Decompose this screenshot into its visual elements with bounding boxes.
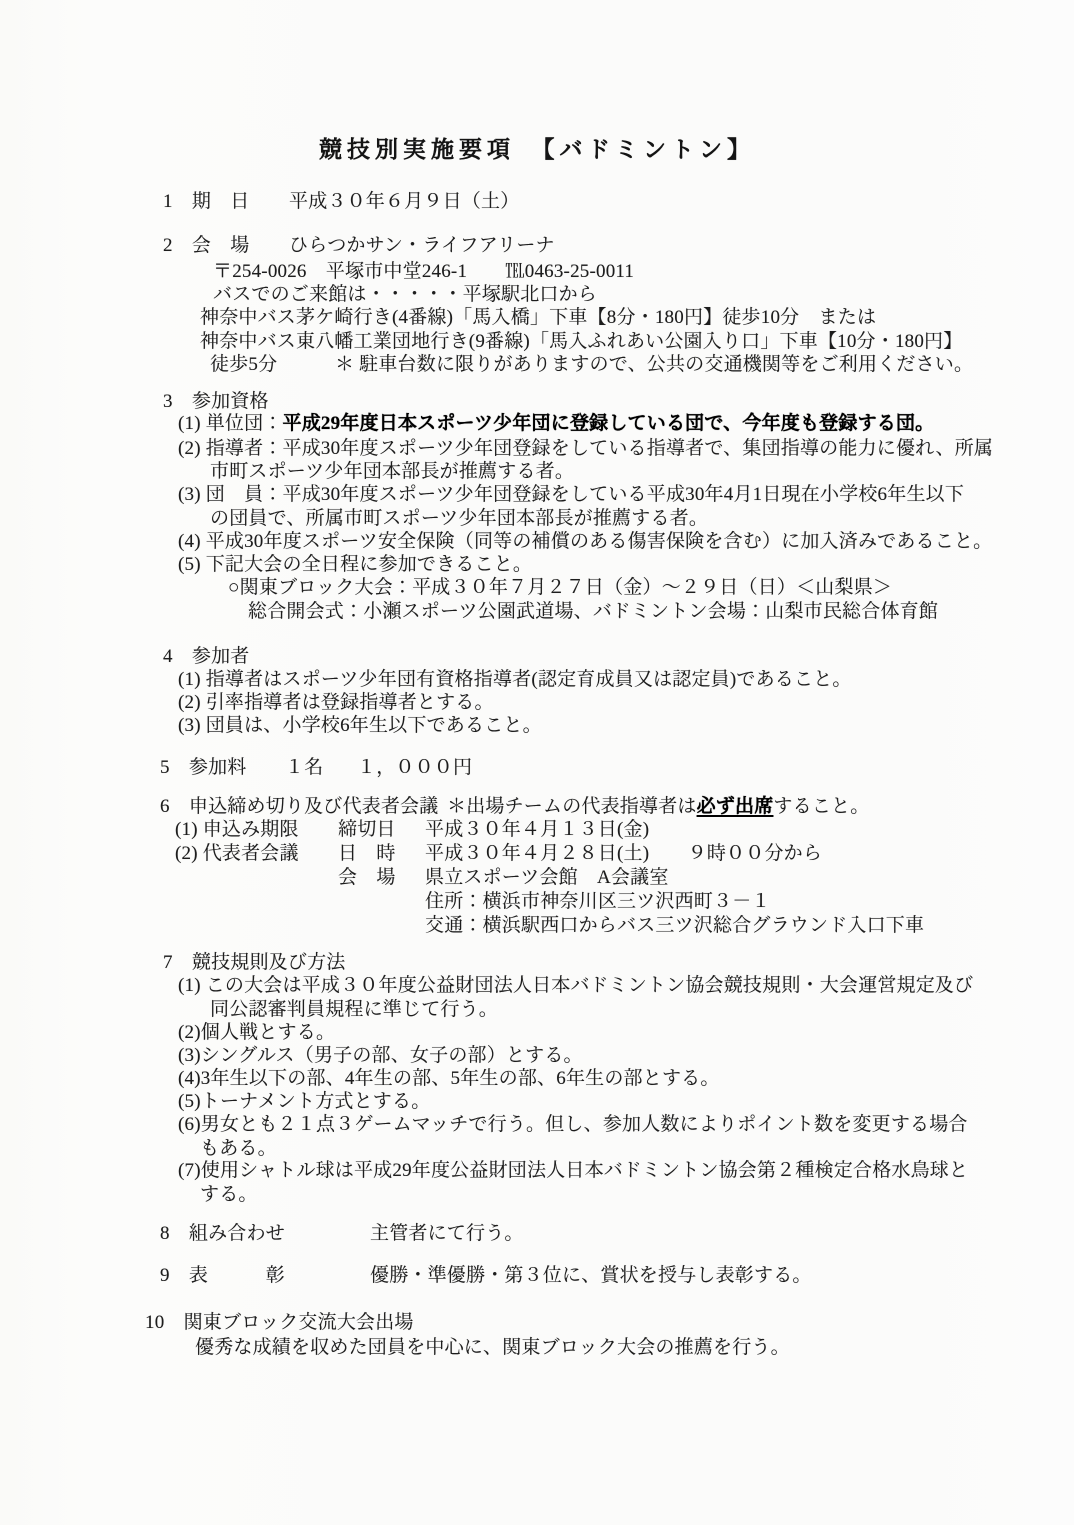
deadline-col-label-seg-0: 締切日 [338,819,396,840]
participant-item-3: (3) 団員は、小学校6年生以下であること。 [178,714,542,738]
rules-item-3: (3)シングルス（男子の部、女子の部）とする。 [178,1044,583,1068]
eligibility-item-2-seg-0: (2) 指導者：平成30年度スポーツ少年団登録をしている指導者で、集団指導の能力… [178,438,993,459]
section-3-heading-seg-0: 3 参加資格 [163,391,269,412]
venue-name-seg-0: ひらつかサン・ライフアリーナ [289,235,555,256]
entry-fee: １，０００円 [357,756,472,780]
event-date: 平成３０年６月９日（土） [289,190,519,214]
application-deadline-seg-0: 平成３０年４月１３日(金) [425,819,649,840]
bus-access-intro: バスでのご来館は・・・・・平塚駅北口から [213,283,597,307]
section-6-heading-seg-0: 6 申込締め切り及び代表者会議 [160,796,439,817]
rules-item-7-cont-seg-0: する。 [200,1184,258,1205]
attendance-note-seg-0: ＊出場チームの代表指導者は [447,796,697,817]
kanto-block-tournament-seg-0: ○関東ブロック大会：平成３０年７月２７日（金）～２９日（日）＜山梨県＞ [228,577,892,598]
section-5-label-seg-0: 5 参加料 [160,757,247,778]
venue-address-seg-0: 〒254-0026 平塚市中堂246-1 ℡0463-25-0011 [213,261,634,282]
section-10-body-seg-0: 優秀な成績を収めた団員を中心に、関東ブロック大会の推薦を行う。 [195,1337,790,1358]
entry-fee-seg-0: １，０００円 [357,757,472,778]
section-4-heading-seg-0: 4 参加者 [163,646,250,667]
deadline-col-label: 締切日 [338,818,396,842]
section-8-label-seg-0: 8 組み合わせ [160,1223,285,1244]
section-9-label-seg-0: 9 表 彰 [160,1265,285,1286]
rules-item-2-seg-0: (2)個人戦とする。 [178,1022,335,1043]
rules-item-1: (1) この大会は平成３０年度公益財団法人日本バドミントン協会競技規則・大会運営… [178,974,973,998]
participant-item-1: (1) 指導者はスポーツ少年団有資格指導者(認定育成員又は認定員)であること。 [178,668,852,692]
section-8-value-seg-0: 主管者にて行う。 [370,1223,524,1244]
section-9-value-seg-0: 優勝・準優勝・第３位に、賞状を授与し表彰する。 [370,1265,812,1286]
scanned-document-page: 競技別実施要項 【バドミントン】 1 期 日平成３０年６月９日（土）2 会 場ひ… [0,0,1074,1525]
page-title: 競技別実施要項 【バドミントン】 [0,131,1074,164]
eligibility-item-4-seg-0: (4) 平成30年度スポーツ安全保険（同等の補償のある傷害保険を含む）に加入済み… [178,531,992,552]
section-2-label-seg-0: 2 会 場 [163,235,250,256]
parking-note: ＊ 駐車台数に限りがありますので、公共の交通機関等をご利用ください。 [335,353,973,377]
eligibility-item-1: (1) 単位団：平成29年度日本スポーツ少年団に登録している団で、今年度も登録す… [178,412,934,436]
eligibility-item-3-cont: の団員で、所属市町スポーツ少年団本部長が推薦する者。 [210,507,708,531]
fee-unit-seg-0: １名 [285,757,323,778]
bus-route-2: 神奈中バス東八幡工業団地行き(9番線)「馬入ふれあい公園入り口」下車【10分・1… [200,330,962,354]
section-8-value: 主管者にて行う。 [370,1222,524,1246]
attendance-note-seg-1: 必ず出席 [697,796,774,817]
section-5-label: 5 参加料 [160,756,247,780]
eligibility-item-1-seg-0: (1) 単位団： [178,413,283,434]
meeting-venue-addr-seg-0: 住所：横浜市神奈川区三ツ沢西町３－１ [425,891,771,912]
eligibility-item-5-seg-0: (5) 下記大会の全日程に参加できること。 [178,554,532,575]
bus-route-1: 神奈中バス茅ケ崎行き(4番線)「馬入橋」下車【8分・180円】徒歩10分 または [200,306,876,330]
meeting-venue-label: 会 場 [338,866,396,890]
event-date-seg-0: 平成３０年６月９日（土） [289,191,519,212]
section-4-heading: 4 参加者 [163,645,250,669]
attendance-note: ＊出場チームの代表指導者は必ず出席すること。 [447,795,869,819]
meeting-datetime: 平成３０年４月２８日(土) ９時００分から [425,842,822,866]
eligibility-item-4: (4) 平成30年度スポーツ安全保険（同等の補償のある傷害保険を含む）に加入済み… [178,530,992,554]
section-3-heading: 3 参加資格 [163,390,269,414]
participant-item-3-seg-0: (3) 団員は、小学校6年生以下であること。 [178,715,542,736]
application-deadline: 平成３０年４月１３日(金) [425,818,649,842]
meeting-item-label-seg-0: (2) 代表者会議 [175,843,299,864]
section-10-body: 優秀な成績を収めた団員を中心に、関東ブロック大会の推薦を行う。 [195,1336,790,1360]
venue-name: ひらつかサン・ライフアリーナ [289,234,555,258]
meeting-venue-access: 交通：横浜駅西口からバス三ツ沢総合グラウンド入口下車 [425,914,924,938]
eligibility-item-3-cont-seg-0: の団員で、所属市町スポーツ少年団本部長が推薦する者。 [210,508,708,529]
participant-item-1-seg-0: (1) 指導者はスポーツ少年団有資格指導者(認定育成員又は認定員)であること。 [178,669,852,690]
meeting-venue-access-seg-0: 交通：横浜駅西口からバス三ツ沢総合グラウンド入口下車 [425,915,924,936]
venue-address: 〒254-0026 平塚市中堂246-1 ℡0463-25-0011 [213,260,634,284]
eligibility-item-2-cont-seg-0: 市町スポーツ少年団本部長が推薦する者。 [210,461,574,482]
bus-route-2-walk-seg-0: 徒歩5分 [210,354,277,375]
kanto-block-venues: 総合開会式：小瀬スポーツ公園武道場、バドミントン会場：山梨市民総合体育館 [248,600,938,624]
meeting-venue-label-seg-0: 会 場 [338,867,396,888]
rules-item-4: (4)3年生以下の部、4年生の部、5年生の部、6年生の部とする。 [178,1067,720,1091]
participant-item-2: (2) 引率指導者は登録指導者とする。 [178,691,494,715]
kanto-block-venues-seg-0: 総合開会式：小瀬スポーツ公園武道場、バドミントン会場：山梨市民総合体育館 [248,601,938,622]
meeting-datetime-label-seg-0: 日 時 [338,843,396,864]
rules-item-2: (2)個人戦とする。 [178,1021,335,1045]
section-8-label: 8 組み合わせ [160,1222,285,1246]
bus-route-2-seg-0: 神奈中バス東八幡工業団地行き(9番線)「馬入ふれあい公園入り口」下車【10分・1… [200,331,962,352]
meeting-item-label: (2) 代表者会議 [175,842,299,866]
bus-route-1-seg-0: 神奈中バス茅ケ崎行き(4番線)「馬入橋」下車【8分・180円】徒歩10分 または [200,307,876,328]
bus-route-2-walk: 徒歩5分 [210,353,277,377]
participant-item-2-seg-0: (2) 引率指導者は登録指導者とする。 [178,692,494,713]
meeting-venue: 県立スポーツ会館 A会議室 [425,866,669,890]
rules-item-1-cont-seg-0: 同公認審判員規程に準じて行う。 [210,999,498,1020]
eligibility-item-2: (2) 指導者：平成30年度スポーツ少年団登録をしている指導者で、集団指導の能力… [178,437,993,461]
rules-item-7-cont: する。 [200,1183,258,1207]
deadline-item-label: (1) 申込み期限 [175,818,299,842]
section-9-label: 9 表 彰 [160,1264,285,1288]
section-2-label: 2 会 場 [163,234,250,258]
rules-item-4-seg-0: (4)3年生以下の部、4年生の部、5年生の部、6年生の部とする。 [178,1068,720,1089]
deadline-item-label-seg-0: (1) 申込み期限 [175,819,299,840]
rules-item-7: (7)使用シャトル球は平成29年度公益財団法人日本バドミントン協会第２種検定合格… [178,1159,968,1183]
kanto-block-tournament: ○関東ブロック大会：平成３０年７月２７日（金）～２９日（日）＜山梨県＞ [228,576,892,600]
rules-item-6-cont-seg-0: もある。 [200,1138,277,1159]
rules-item-6-seg-0: (6)男女とも２１点３ゲームマッチで行う。但し、参加人数によりポイント数を変更す… [178,1114,968,1135]
rules-item-6-cont: もある。 [200,1137,277,1161]
section-9-value: 優勝・準優勝・第３位に、賞状を授与し表彰する。 [370,1264,812,1288]
rules-item-5-seg-0: (5)トーナメント方式とする。 [178,1091,430,1112]
rules-item-1-seg-0: (1) この大会は平成３０年度公益財団法人日本バドミントン協会競技規則・大会運営… [178,975,973,996]
scanned-page-body: { "page": { "title": "競技別実施要項 【バドミントン】" … [0,0,1074,1525]
eligibility-item-3: (3) 団 員：平成30年度スポーツ少年団登録をしている平成30年4月1日現在小… [178,483,964,507]
rules-item-5: (5)トーナメント方式とする。 [178,1090,430,1114]
section-7-heading-seg-0: 7 競技規則及び方法 [163,952,346,973]
parking-note-seg-0: ＊ 駐車台数に限りがありますので、公共の交通機関等をご利用ください。 [335,354,973,375]
section-7-heading: 7 競技規則及び方法 [163,951,346,975]
meeting-venue-addr: 住所：横浜市神奈川区三ツ沢西町３－１ [425,890,771,914]
rules-item-6: (6)男女とも２１点３ゲームマッチで行う。但し、参加人数によりポイント数を変更す… [178,1113,968,1137]
meeting-venue-seg-0: 県立スポーツ会館 A会議室 [425,867,669,888]
meeting-datetime-label: 日 時 [338,842,396,866]
eligibility-item-1-seg-1: 平成29年度日本スポーツ少年団に登録している団で、今年度も登録する団。 [283,413,935,434]
attendance-note-seg-2: すること。 [773,796,869,817]
section-10-heading-seg-0: 10 関東ブロック交流大会出場 [145,1312,414,1333]
rules-item-1-cont: 同公認審判員規程に準じて行う。 [210,998,498,1022]
bus-access-intro-seg-0: バスでのご来館は・・・・・平塚駅北口から [213,284,597,305]
meeting-datetime-seg-0: 平成３０年４月２８日(土) ９時００分から [425,843,822,864]
rules-item-7-seg-0: (7)使用シャトル球は平成29年度公益財団法人日本バドミントン協会第２種検定合格… [178,1160,968,1181]
rules-item-3-seg-0: (3)シングルス（男子の部、女子の部）とする。 [178,1045,583,1066]
fee-unit: １名 [285,756,323,780]
section-1-label-seg-0: 1 期 日 [163,191,250,212]
eligibility-item-5: (5) 下記大会の全日程に参加できること。 [178,553,532,577]
eligibility-item-2-cont: 市町スポーツ少年団本部長が推薦する者。 [210,460,574,484]
eligibility-item-3-seg-0: (3) 団 員：平成30年度スポーツ少年団登録をしている平成30年4月1日現在小… [178,484,964,505]
section-1-label: 1 期 日 [163,190,250,214]
section-6-heading: 6 申込締め切り及び代表者会議 [160,795,439,819]
section-10-heading: 10 関東ブロック交流大会出場 [145,1311,414,1335]
